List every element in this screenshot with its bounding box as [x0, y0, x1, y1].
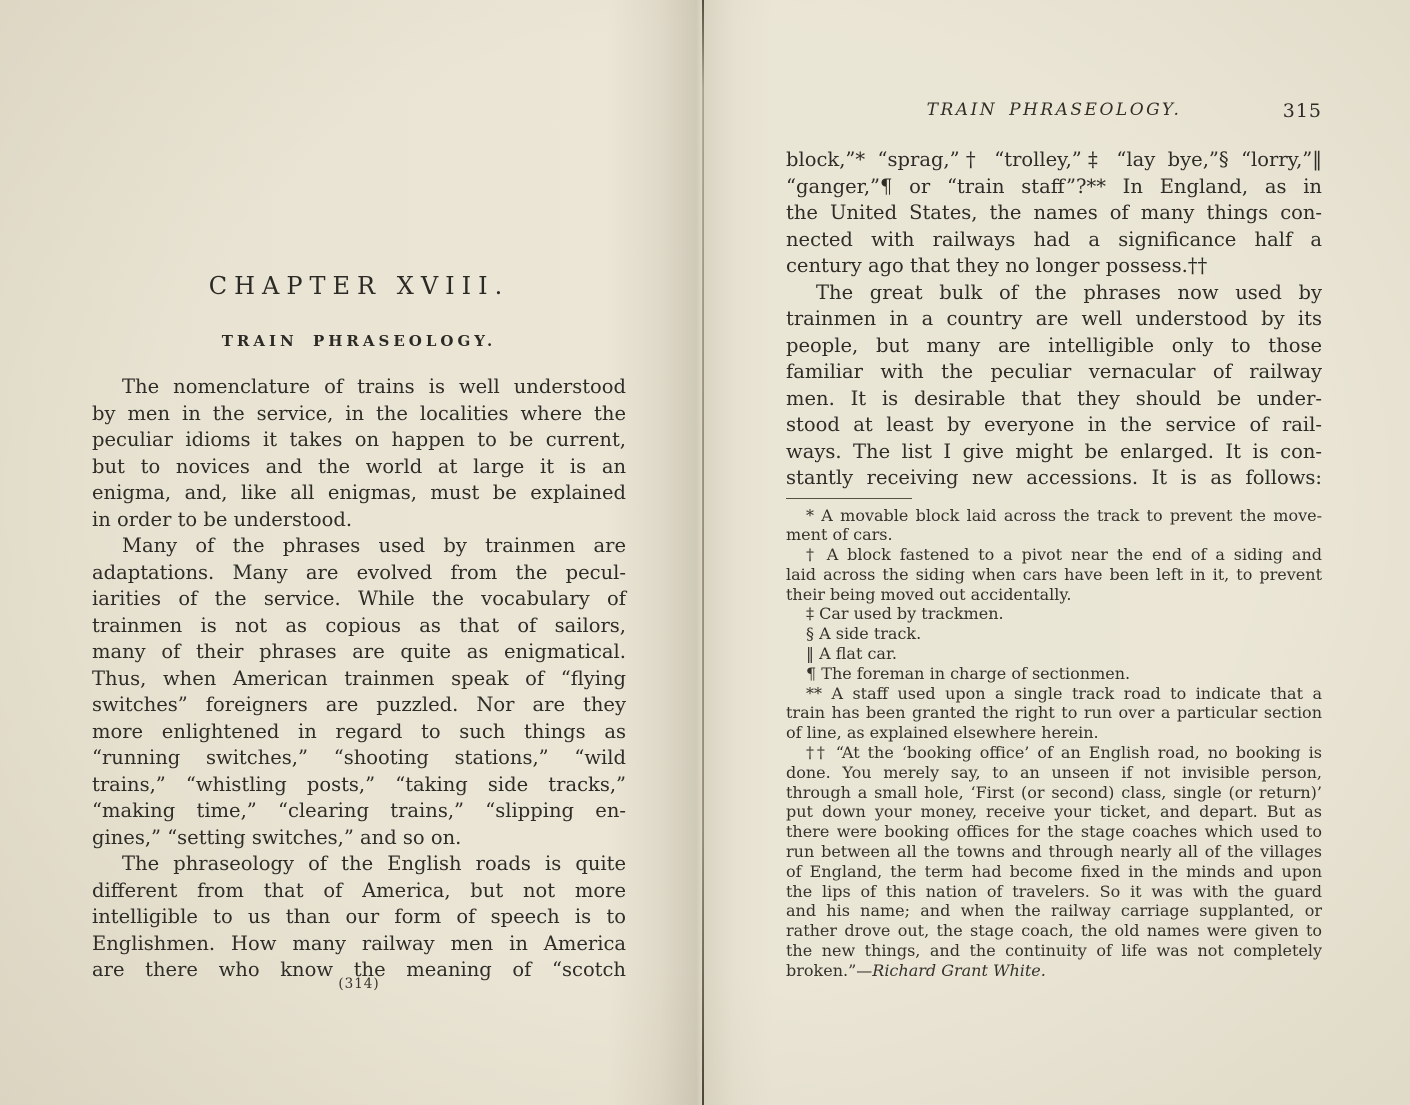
text-line: block,”* “sprag,”† “trolley,”‡ “lay bye,… [786, 147, 1322, 174]
text-line: in order to be understood. [92, 507, 626, 534]
text-line: trainmen is not as copious as that of sa… [92, 613, 626, 640]
text-line: people, but many are intelligible only t… [786, 333, 1322, 360]
footnote-line: rather drove out, the stage coach, the o… [786, 921, 1322, 941]
chapter-heading: CHAPTER XVIII. [92, 272, 626, 300]
footnote-line: laid across the siding when cars have be… [786, 565, 1322, 585]
footnote-line: and his name; and when the railway carri… [786, 901, 1322, 921]
text-line: the United States, the names of many thi… [786, 200, 1322, 227]
page-number-right: 315 [1283, 100, 1322, 122]
footnote-line: through a small hole, ‘First (or second)… [786, 783, 1322, 803]
text-line: ways. The list I give might be enlarged.… [786, 439, 1322, 466]
chapter-subtitle: TRAIN PHRASEOLOGY. [92, 332, 626, 350]
attribution-author: Richard Grant White. [872, 961, 1046, 980]
paragraph: block,”* “sprag,”† “trolley,”‡ “lay bye,… [786, 147, 1322, 280]
text-line: gines,” “setting switches,” and so on. [92, 825, 626, 852]
footnote: † A block fastened to a pivot near the e… [786, 545, 1322, 604]
footnote-line: ‖ A flat car. [786, 644, 1322, 664]
text-line: peculiar idioms it takes on happen to be… [92, 427, 626, 454]
text-line: “ganger,”¶ or “train staff”?** In Englan… [786, 174, 1322, 201]
footnote-rule [786, 498, 912, 499]
running-head-title: TRAIN PHRASEOLOGY. [786, 100, 1322, 120]
gutter-shadow [703, 0, 773, 1105]
text-line: “running switches,” “shooting stations,”… [92, 745, 626, 772]
footnote-line: the new things, and the continuity of li… [786, 941, 1322, 961]
text-line: stantly receiving new accessions. It is … [786, 465, 1322, 492]
attribution-text: broken.”— [786, 961, 872, 980]
footnote-attribution: broken.”—Richard Grant White. [786, 961, 1322, 981]
text-line: adaptations. Many are evolved from the p… [92, 560, 626, 587]
text-line: more enlightened in regard to such thing… [92, 719, 626, 746]
page-left: CHAPTER XVIII. TRAIN PHRASEOLOGY. The no… [92, 272, 626, 984]
text-line: many of their phrases are quite as enigm… [92, 639, 626, 666]
paragraph: The phraseology of the English roads is … [92, 851, 626, 984]
text-line: men. It is desirable that they should be… [786, 386, 1322, 413]
footnote-line: done. You merely say, to an unseen if no… [786, 763, 1322, 783]
footnote-line: * A movable block laid across the track … [786, 506, 1322, 526]
footnote-line: there were booking offices for the stage… [786, 822, 1322, 842]
text-line: The phraseology of the English roads is … [92, 851, 626, 878]
footnote-line: their being moved out accidentally. [786, 585, 1322, 605]
footnote-line: ‡ Car used by trackmen. [786, 604, 1322, 624]
footnote-line: ¶ The foreman in charge of sectionmen. [786, 664, 1322, 684]
text-line: Thus, when American trainmen speak of “f… [92, 666, 626, 693]
footnote-line: of England, the term had become fixed in… [786, 862, 1322, 882]
footnote-line: of line, as explained elsewhere herein. [786, 723, 1322, 743]
text-line: trains,” “whistling posts,” “taking side… [92, 772, 626, 799]
footnote: * A movable block laid across the track … [786, 506, 1322, 546]
footnote: ** A staff used upon a single track road… [786, 684, 1322, 743]
footnote: ¶ The foreman in charge of sectionmen. [786, 664, 1322, 684]
text-line: intelligible to us than our form of spee… [92, 904, 626, 931]
footnote-line: train has been granted the right to run … [786, 703, 1322, 723]
footnote-line: run between all the towns and through ne… [786, 842, 1322, 862]
footnote: ‡ Car used by trackmen. [786, 604, 1322, 624]
text-line: stood at least by everyone in the servic… [786, 412, 1322, 439]
text-line: The great bulk of the phrases now used b… [786, 280, 1322, 307]
running-head: TRAIN PHRASEOLOGY. 315 [786, 100, 1322, 120]
text-line: Englishmen. How many railway men in Amer… [92, 931, 626, 958]
text-line: but to novices and the world at large it… [92, 454, 626, 481]
text-line: century ago that they no longer possess.… [786, 253, 1322, 280]
text-line: by men in the service, in the localities… [92, 401, 626, 428]
text-line: “making time,” “clearing trains,” “slipp… [92, 798, 626, 825]
left-page-body: The nomenclature of trains is well under… [92, 374, 626, 984]
footnote-line: † A block fastened to a pivot near the e… [786, 545, 1322, 565]
footnote: § A side track. [786, 624, 1322, 644]
book-gutter [702, 0, 704, 1105]
text-line: iarities of the service. While the vocab… [92, 586, 626, 613]
right-page-body: block,”* “sprag,”† “trolley,”‡ “lay bye,… [786, 147, 1322, 492]
text-line: switches” foreigners are puzzled. Nor ar… [92, 692, 626, 719]
text-line: enigma, and, like all enigmas, must be e… [92, 480, 626, 507]
footnote-line: ** A staff used upon a single track road… [786, 684, 1322, 704]
text-line: familiar with the peculiar vernacular of… [786, 359, 1322, 386]
footnote: ‖ A flat car. [786, 644, 1322, 664]
text-line: trainmen in a country are well understoo… [786, 306, 1322, 333]
footnotes: * A movable block laid across the track … [786, 506, 1322, 981]
footnote-line: †† “At the ‘booking office’ of an Englis… [786, 743, 1322, 763]
footnote-line: the lips of this nation of travelers. So… [786, 882, 1322, 902]
text-line: different from that of America, but not … [92, 878, 626, 905]
footnote-line: ment of cars. [786, 525, 1322, 545]
text-line: nected with railways had a significance … [786, 227, 1322, 254]
paragraph: The great bulk of the phrases now used b… [786, 280, 1322, 492]
footnote-line: § A side track. [786, 624, 1322, 644]
paragraph: Many of the phrases used by trainmen are… [92, 533, 626, 851]
page-right: TRAIN PHRASEOLOGY. 315 block,”* “sprag,”… [786, 100, 1322, 981]
text-line: Many of the phrases used by trainmen are [92, 533, 626, 560]
footnote-line: put down your money, receive your ticket… [786, 802, 1322, 822]
paragraph: The nomenclature of trains is well under… [92, 374, 626, 533]
footnote: †† “At the ‘booking office’ of an Englis… [786, 743, 1322, 961]
text-line: The nomenclature of trains is well under… [92, 374, 626, 401]
page-number-left: (314) [92, 976, 626, 992]
